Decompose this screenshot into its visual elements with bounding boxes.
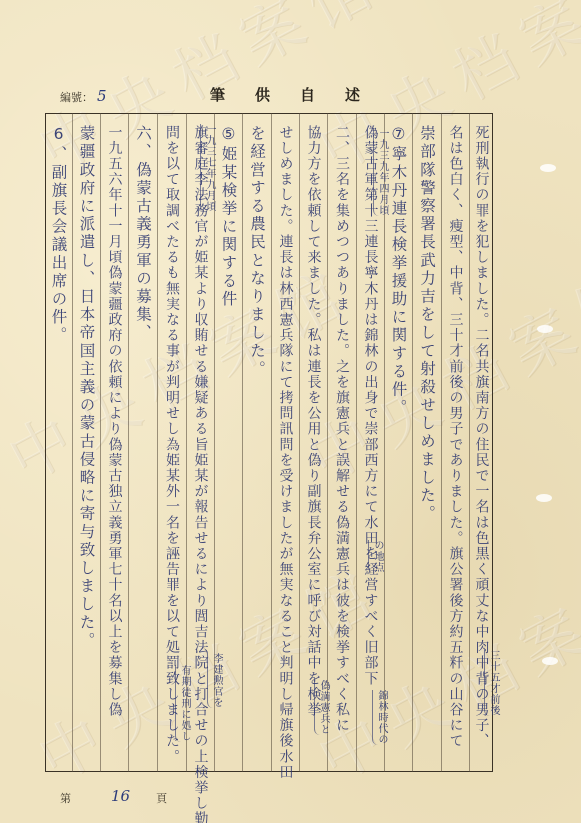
column-text: 協力方を依頼して来ました。私は連長を公用と偽り副旗長弁公室に呼び対話中を検挙 [300,125,327,765]
column-text: 蒙疆政府に派遣し、日本帝国主義の蒙古侵略に寄与致しました。 [73,125,100,765]
title-char: 筆 [210,84,225,105]
page-title: 筆 供 自 述 [210,84,360,105]
annotation-mp: 偽満憲兵と [314,680,331,735]
text-column: 蒙疆政府に派遣し、日本帝国主義の蒙古侵略に寄与致しました。 [72,113,100,772]
paper-blemish [537,325,553,333]
annotation-date-5: 一九三七年九月頃 [200,124,217,212]
annotation-date-7: 一九三九年四月頃 [373,128,390,216]
column-text: ⑦寧木丹連長検挙援助に関する件。 [385,125,412,765]
text-column: 一九五六年十一月頃偽蒙疆政府の依頼により偽蒙古独立義勇軍七十名以上を募集し偽 [100,113,128,772]
text-column: 二、三名を集めつつありました。之を旗憲兵と誤解せる偽満憲兵は彼を検挙すべく私に [327,113,356,772]
annotation-sentence: 有期徒刑に処し [175,665,192,742]
column-text: 6、副旗長会議出席の件。 [45,125,72,765]
document-number-value: 5 [97,87,107,105]
column-text: 崇部隊警察署長武力吉をして射殺せしめました。 [413,125,441,765]
annotation-age: 三十五才前後 [484,650,501,716]
column-text: 一九五六年十一月頃偽蒙疆政府の依頼により偽蒙古独立義勇軍七十名以上を募集し偽 [101,125,128,765]
paper-blemish [540,164,556,172]
annotation-era: 錦林時代の [372,690,389,745]
document-number: 編號：5 [60,87,107,105]
column-text: せしめました。連長は林西憲兵隊にて拷問訊問を受けましたが無実なること判明し帰旗後… [272,125,299,765]
annotation-place: の地点 [368,540,385,573]
annotation-name: 李建勲官を [207,653,224,708]
page-suffix: 頁 [156,790,167,808]
text-column: 協力方を依頼して来ました。私は連長を公用と偽り副旗長弁公室に呼び対話中を検挙 [299,113,327,772]
column-text: 名は色白く、痩型、中背、三十才前後の男子でありました。旗公署後方約五粁の山谷にて [442,125,469,765]
title-char: 自 [300,84,315,105]
text-column: 名は色白く、痩型、中背、三十才前後の男子でありました。旗公署後方約五粁の山谷にて [441,113,469,772]
page-number: 第 16 頁 [60,790,167,808]
title-char: 供 [255,84,270,105]
page-number-value: 16 [111,787,130,805]
paper-blemish [542,657,558,665]
text-column: 六、偽蒙古義勇軍の募集、 [128,113,157,772]
document-number-label: 編號： [60,91,93,104]
text-column: せしめました。連長は林西憲兵隊にて拷問訊問を受けましたが無実なること判明し帰旗後… [271,113,299,772]
text-column: を経営する農民となりました。 [242,113,271,772]
title-char: 述 [345,84,360,105]
column-text: 偽蒙古軍第十三連長寧木丹は錦林の出身で崇部西方にて水田を経営すべく旧部下 [357,125,384,765]
column-text: を経営する農民となりました。 [243,125,271,765]
paper-blemish [536,494,552,502]
page-prefix: 第 [60,790,71,808]
column-text: 二、三名を集めつつありました。之を旗憲兵と誤解せる偽満憲兵は彼を検挙すべく私に [328,125,356,765]
column-text: 六、偽蒙古義勇軍の募集、 [129,125,157,765]
text-column: 6、副旗長会議出席の件。 [45,113,72,772]
text-column: 崇部隊警察署長武力吉をして射殺せしめました。 [412,113,441,772]
